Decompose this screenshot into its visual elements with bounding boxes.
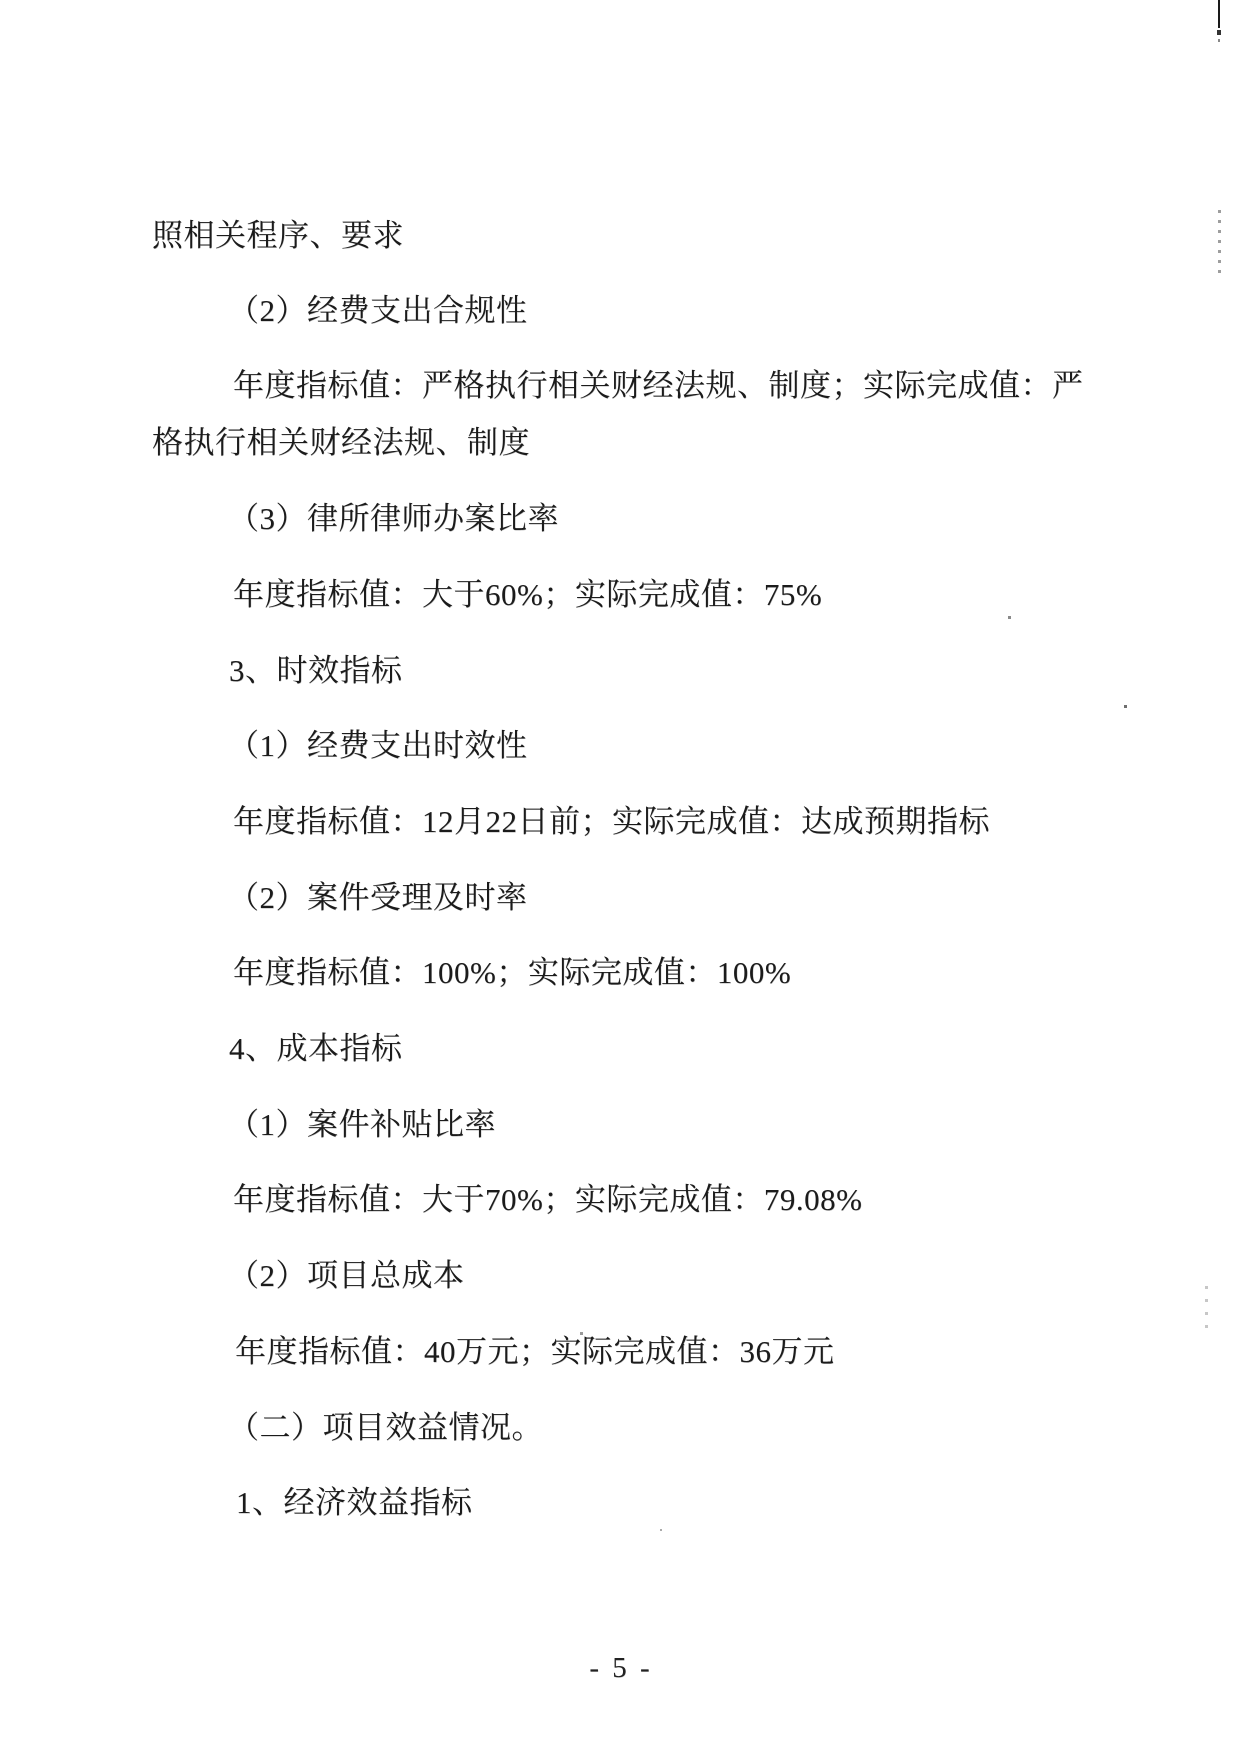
text-line-body: 年度指标值：40万元；实际完成值：36万元 <box>235 1334 835 1370</box>
text-line-heading: （二）项目效益情况。 <box>228 1410 543 1446</box>
scan-artifact-speck <box>1124 705 1127 708</box>
text-line-continuation: 格执行相关财经法规、制度 <box>152 425 530 461</box>
text-line-heading: （1）案件补贴比率 <box>228 1107 496 1143</box>
text-line-heading: 1、经济效益指标 <box>236 1485 473 1521</box>
text-line-heading: 3、时效指标 <box>229 653 403 689</box>
text-line-heading: 4、成本指标 <box>229 1031 403 1067</box>
scan-artifact-speck <box>660 1529 662 1531</box>
text-line-heading: （1）经费支出时效性 <box>228 728 528 764</box>
text-line-heading: （2）项目总成本 <box>228 1258 465 1294</box>
text-line-body: 年度指标值：大于60%；实际完成值：75% <box>233 577 822 613</box>
text-line-heading: （2）经费支出合规性 <box>228 293 528 329</box>
scan-artifact-dotted-edge <box>1205 1286 1208 1336</box>
scan-artifact-speck <box>1008 616 1011 619</box>
page-number: - 5 - <box>0 1652 1242 1685</box>
scan-artifact-dotted-edge <box>1218 210 1221 280</box>
text-line-heading: （3）律所律师办案比率 <box>228 501 559 537</box>
text-line-body: 年度指标值：严格执行相关财经法规、制度；实际完成值：严 <box>233 368 1084 404</box>
scan-artifact-dot <box>1218 39 1220 42</box>
text-line-body: 年度指标值：大于70%；实际完成值：79.08% <box>233 1182 862 1218</box>
scanned-document-page: 照相关程序、要求 （2）经费支出合规性 年度指标值：严格执行相关财经法规、制度；… <box>0 0 1242 1754</box>
scan-artifact-dot <box>1217 30 1221 35</box>
text-line-body: 年度指标值：100%；实际完成值：100% <box>233 955 791 991</box>
text-line-body: 年度指标值：12月22日前；实际完成值：达成预期指标 <box>233 804 990 840</box>
text-line-continuation: 照相关程序、要求 <box>152 218 404 254</box>
scan-artifact-vertical-line <box>1218 0 1220 28</box>
text-line-heading: （2）案件受理及时率 <box>228 880 528 916</box>
